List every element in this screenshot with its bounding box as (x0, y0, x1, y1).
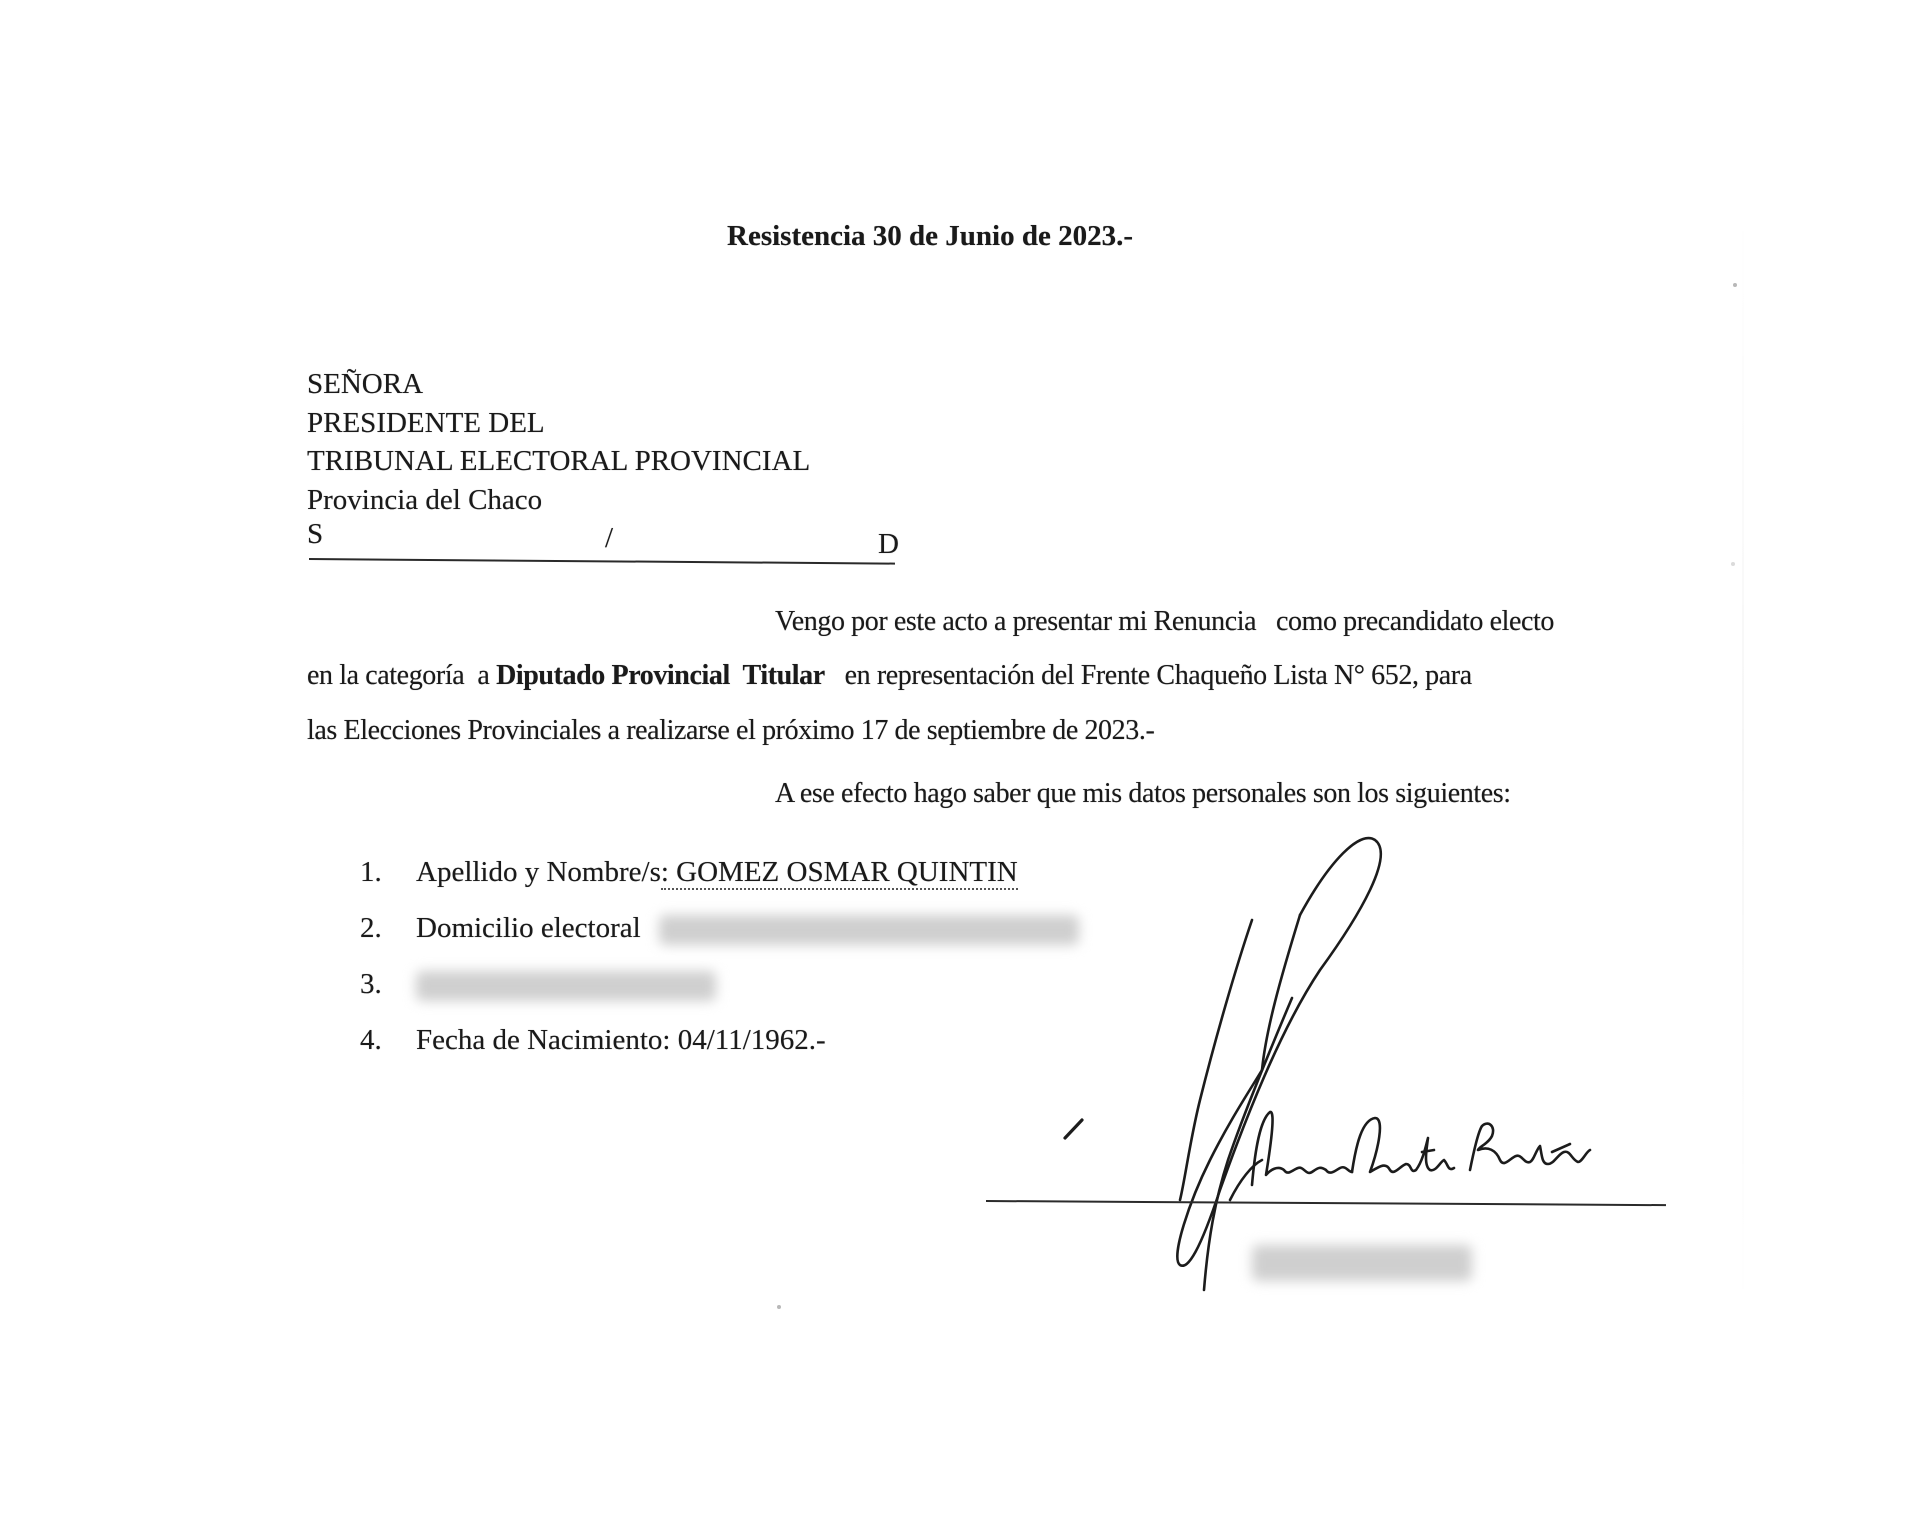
scan-speck (1733, 283, 1737, 287)
list-label: Apellido y Nombre/s (416, 856, 661, 888)
sd-underline (309, 558, 895, 565)
birthdate-label: Fecha de Nacimiento: 04/11/1962.- (416, 1024, 826, 1056)
redacted-id-number (416, 971, 716, 1001)
candidate-category: Diputado Provincial Titular (496, 660, 825, 691)
sd-slash: / (605, 522, 613, 555)
list-number: 3. (360, 968, 416, 1001)
body-paragraph-1: Vengo por este acto a presentar mi Renun… (775, 606, 1554, 638)
body-paragraph-2: en la categoría a Diputado Provincial Ti… (307, 660, 1472, 692)
list-item-address: 2.Domicilio electoral (360, 912, 1079, 945)
list-item-id: 3. (360, 968, 716, 1001)
scan-edge (1742, 200, 1744, 1320)
date-line: Resistencia 30 de Junio de 2023.- (727, 220, 1133, 253)
list-label: Domicilio electoral (416, 912, 641, 944)
list-number: 2. (360, 912, 416, 945)
list-item-birthdate: 4.Fecha de Nacimiento: 04/11/1962.- (360, 1024, 826, 1057)
sd-left: S (307, 518, 323, 551)
document-page: Resistencia 30 de Junio de 2023.- SEÑORA… (0, 0, 1920, 1516)
list-number: 1. (360, 856, 416, 889)
list-item-name: 1.Apellido y Nombre/s: GOMEZ OSMAR QUINT… (360, 856, 1018, 889)
paragraph-2-suffix: en representación del Frente Chaqueño Li… (825, 660, 1472, 691)
body-paragraph-4: A ese efecto hago saber que mis datos pe… (775, 778, 1511, 810)
full-name: GOMEZ OSMAR QUINTIN (669, 856, 1018, 888)
body-paragraph-3: las Elecciones Provinciales a realizarse… (307, 715, 1154, 747)
su-despacho-line: S / D (307, 518, 899, 562)
addressee-line: TRIBUNAL ELECTORAL PROVINCIAL (307, 442, 810, 481)
separator: : (661, 856, 669, 888)
sd-right: D (878, 528, 899, 561)
addressee-block: SEÑORA PRESIDENTE DEL TRIBUNAL ELECTORAL… (307, 365, 810, 519)
redacted-address (659, 915, 1079, 945)
paragraph-2-prefix: en la categoría a (307, 660, 496, 691)
addressee-line: SEÑORA (307, 365, 810, 404)
addressee-line: Provincia del Chaco (307, 481, 810, 520)
addressee-line: PRESIDENTE DEL (307, 404, 810, 443)
list-number: 4. (360, 1024, 416, 1057)
scan-speck (1731, 562, 1735, 566)
handwritten-signature (1030, 820, 1670, 1300)
redacted-signature-name (1252, 1245, 1472, 1281)
scan-speck (777, 1305, 781, 1309)
full-name-value: : GOMEZ OSMAR QUINTIN (661, 856, 1018, 890)
